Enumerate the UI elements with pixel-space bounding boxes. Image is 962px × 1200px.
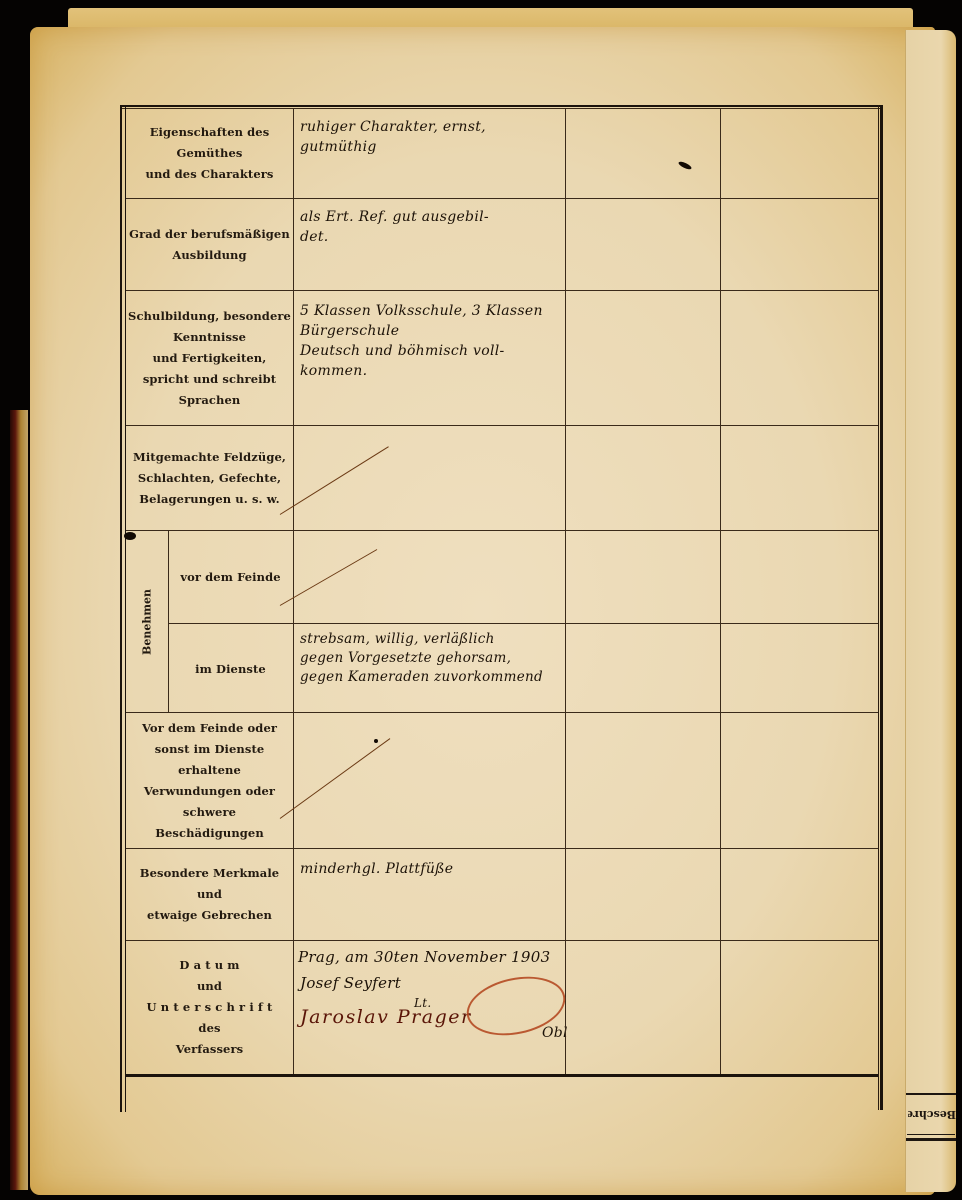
row-label: D a t u m und U n t e r s c h r i f t de…	[147, 955, 273, 1060]
strike-line	[280, 446, 389, 515]
empty-cell[interactable]	[565, 109, 720, 198]
row-label-cell: Eigenschaften des Gemüthes und des Chara…	[126, 109, 293, 198]
strip-upside-down-text: Beschreibu	[908, 1108, 956, 1121]
empty-cell[interactable]	[565, 941, 720, 1074]
row-label-cell: Grad der berufsmäßigen Ausbildung	[126, 199, 293, 290]
empty-cell[interactable]	[565, 199, 720, 290]
conduct-group-cell: Benehmen	[126, 531, 169, 712]
table-bottom-border	[126, 1074, 878, 1077]
entry-cell[interactable]	[293, 426, 565, 530]
sub-row-label: im Dienste	[195, 659, 266, 680]
row-label-cell: Mitgemachte Feldzüge, Schlachten, Gefech…	[126, 426, 293, 530]
form-row-features: Besondere Merkmale und etwaige Gebrechen…	[126, 848, 878, 940]
form-row-conduct: Benehmen vor dem Feinde im Dienste streb…	[126, 530, 878, 712]
empty-cell[interactable]	[565, 426, 720, 530]
sub-label-cell: vor dem Feinde	[168, 531, 293, 623]
strike-line	[280, 549, 377, 606]
handwritten-entry: strebsam, willig, verläßlich gegen Vorge…	[300, 630, 563, 687]
handwritten-date: Prag, am 30ten November 1903	[298, 947, 563, 967]
row-label: Vor dem Feinde oder sonst im Dienste erh…	[126, 718, 293, 844]
empty-cell[interactable]	[720, 849, 878, 940]
form-row-training: Grad der berufsmäßigen Ausbildung als Er…	[126, 198, 878, 290]
form-row-campaigns: Mitgemachte Feldzüge, Schlachten, Gefech…	[126, 425, 878, 530]
strike-line	[280, 738, 391, 819]
entry-cell-enemy[interactable]	[293, 531, 565, 623]
empty-cell[interactable]	[565, 849, 720, 940]
form-row-education: Schulbildung, besondere Kenntnisse und F…	[126, 290, 878, 425]
row-label-cell: Besondere Merkmale und etwaige Gebrechen	[126, 849, 293, 940]
handwritten-entry: minderhgl. Plattfüße	[300, 859, 563, 879]
entry-cell[interactable]: als Ert. Ref. gut ausgebil- det.	[293, 199, 565, 290]
sub-label-cell: im Dienste	[168, 623, 293, 714]
strip-rule	[906, 1093, 956, 1095]
conduct-group-label: Benehmen	[141, 589, 154, 655]
sub-row-label: vor dem Feinde	[180, 567, 280, 588]
empty-cell[interactable]	[565, 531, 720, 712]
row-label-cell: D a t u m und U n t e r s c h r i f t de…	[126, 941, 293, 1074]
ink-spot	[374, 739, 378, 743]
handwritten-entry: 5 Klassen Volksschule, 3 Klassen Bürgers…	[300, 301, 563, 381]
strip-rule-double	[906, 1138, 956, 1141]
table-right-border	[878, 105, 883, 1110]
row-label: Grad der berufsmäßigen Ausbildung	[129, 224, 290, 266]
form-row-character: Eigenschaften des Gemüthes und des Chara…	[126, 109, 878, 198]
ink-spot	[124, 532, 136, 540]
empty-cell[interactable]	[720, 426, 878, 530]
entry-cell-service[interactable]: strebsam, willig, verläßlich gegen Vorge…	[293, 623, 565, 713]
binding-edge	[10, 410, 28, 1190]
empty-cell[interactable]	[720, 531, 878, 712]
conduct-label-group: Benehmen vor dem Feinde im Dienste	[126, 531, 293, 712]
handwritten-entry: als Ert. Ref. gut ausgebil- det.	[300, 207, 563, 247]
entry-cell[interactable]	[293, 713, 565, 848]
entry-cell[interactable]: minderhgl. Plattfüße	[293, 849, 565, 940]
handwritten-rank: Obl	[542, 1023, 563, 1043]
entry-cell[interactable]: 5 Klassen Volksschule, 3 Klassen Bürgers…	[293, 291, 565, 425]
row-label: Schulbildung, besondere Kenntnisse und F…	[128, 306, 291, 411]
form-row-wounds: Vor dem Feinde oder sonst im Dienste erh…	[126, 712, 878, 848]
empty-cell[interactable]	[720, 713, 878, 848]
row-label-cell: Schulbildung, besondere Kenntnisse und F…	[126, 291, 293, 425]
empty-cell[interactable]	[720, 941, 878, 1074]
row-label: Besondere Merkmale und etwaige Gebrechen	[126, 863, 293, 926]
row-label: Mitgemachte Feldzüge, Schlachten, Gefech…	[133, 447, 286, 510]
empty-cell[interactable]	[565, 713, 720, 848]
empty-cell[interactable]	[720, 109, 878, 198]
row-label-cell: Vor dem Feinde oder sonst im Dienste erh…	[126, 713, 293, 848]
entry-cell[interactable]: ruhiger Charakter, ernst, gutmüthig	[293, 109, 565, 198]
empty-cell[interactable]	[720, 291, 878, 425]
empty-cell[interactable]	[565, 291, 720, 425]
handwritten-entry: ruhiger Charakter, ernst, gutmüthig	[300, 117, 563, 157]
empty-cell[interactable]	[720, 199, 878, 290]
row-label: Eigenschaften des Gemüthes und des Chara…	[126, 122, 293, 185]
adjacent-page-strip: Beschreibu	[905, 30, 956, 1192]
